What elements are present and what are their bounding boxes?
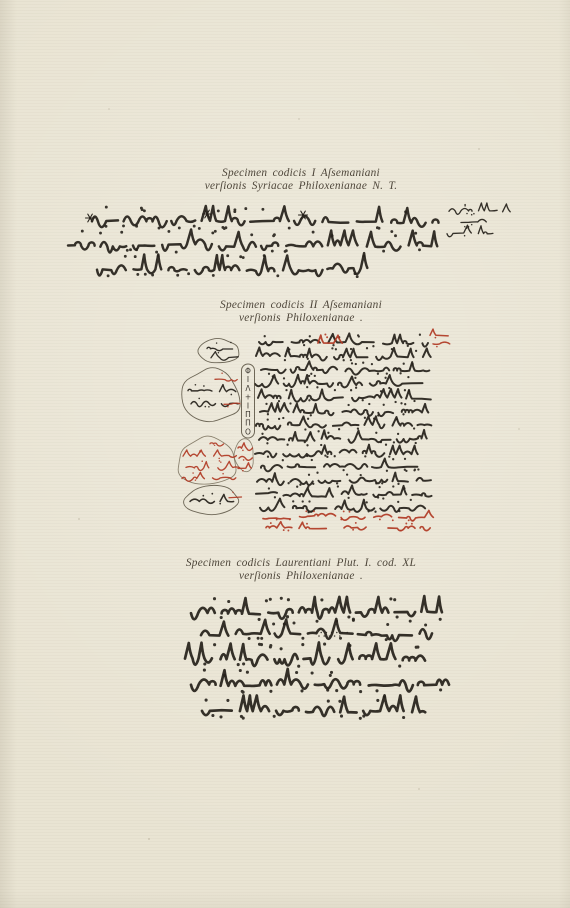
specimen-1-margin-gloss (447, 203, 510, 237)
svg-text:Φ: Φ (245, 367, 251, 376)
svg-text:Ι: Ι (247, 375, 249, 384)
svg-text:+: + (245, 393, 251, 402)
greek-cartouche: ΦΙΛ+ΙΠΠΟ (242, 364, 255, 438)
svg-text:Π: Π (245, 410, 251, 419)
specimen-3-syriac-text (185, 596, 449, 718)
specimen-1-syriac-text (68, 206, 439, 277)
specimen-2-syriac-column (255, 333, 432, 512)
engraved-plate-page: Specimen codicis I Aſsemaniani verſionis… (0, 0, 570, 908)
svg-text:Ι: Ι (247, 401, 249, 410)
engraving-layer: ΦΙΛ+ΙΠΠΟ (0, 0, 570, 908)
specimen-2-red-rubrics (263, 329, 450, 531)
svg-text:Λ: Λ (245, 384, 251, 393)
svg-text:Ο: Ο (245, 427, 251, 436)
svg-text:Π: Π (245, 419, 251, 428)
